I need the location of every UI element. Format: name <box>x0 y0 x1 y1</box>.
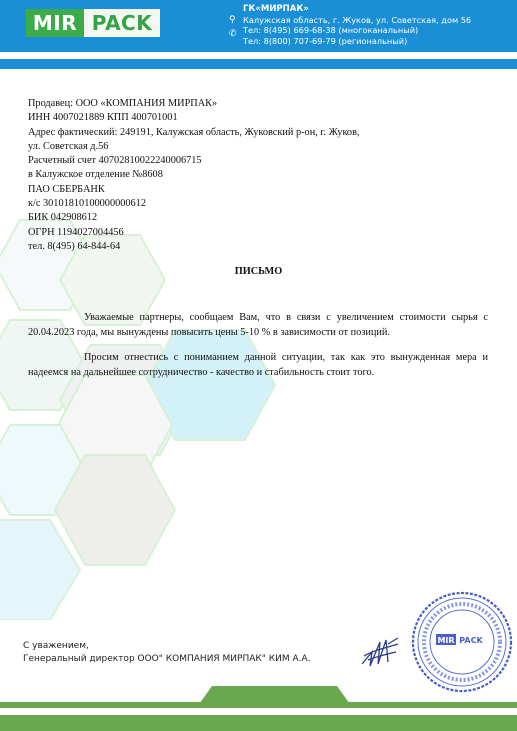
hexagon-photo-watermark <box>0 200 300 620</box>
phone-2-text: Тел: 8(800) 707-69-79 (региональный) <box>243 36 407 46</box>
requisite-line: ПАО СБЕРБАНК <box>28 183 360 197</box>
header-divider <box>0 52 517 59</box>
location-pin-icon: ⚲ <box>229 15 236 26</box>
requisite-line: к/с 30101810100000000612 <box>28 197 360 211</box>
requisite-line: в Калужское отделение №8608 <box>28 168 360 182</box>
company-stamp: MIR PACK <box>410 590 514 694</box>
logo-mir: MIR <box>26 9 84 37</box>
requisite-line: ОГРН 1194027004456 <box>28 226 360 240</box>
address-text: Калужская область, г. Жуков, ул. Советск… <box>243 15 471 25</box>
handwritten-signature <box>358 634 402 670</box>
requisite-line: Адрес фактический: 249191, Калужская обл… <box>28 126 360 140</box>
seller-requisites: Продавец: ООО «КОМПАНИЯ МИРПАК» ИНН 4007… <box>28 97 360 254</box>
requisite-line: БИК 042908612 <box>28 211 360 225</box>
closing-text: С уважением, <box>23 640 311 653</box>
address-row: ⚲ Калужская область, г. Жуков, ул. Совет… <box>243 15 471 26</box>
mirpack-logo: MIR PACK <box>26 9 160 37</box>
phone-1-text: Тел: 8(495) 669-68-38 (многоканальный) <box>243 25 418 35</box>
requisite-line: ул. Советская д.56 <box>28 140 360 154</box>
letter-paragraph-1: Уважаемые партнеры, сообщаем Вам, что в … <box>28 310 488 340</box>
requisite-line: ИНН 4007021889 КПП 400701001 <box>28 111 360 125</box>
requisite-line: Продавец: ООО «КОМПАНИЯ МИРПАК» <box>28 97 360 111</box>
letter-paragraph-2: Просим отнестись с пониманием данной сит… <box>28 350 488 380</box>
company-contacts: ГК«МИРПАК» ⚲ Калужская область, г. Жуков… <box>243 4 471 46</box>
letterhead-header: MIR PACK ГК«МИРПАК» ⚲ Калужская область,… <box>0 0 517 52</box>
signer-text: Генеральный директор ООО" КОМПАНИЯ МИРПА… <box>23 653 311 666</box>
phone-row-1: ✆ Тел: 8(495) 669-68-38 (многоканальный) <box>243 25 471 36</box>
requisite-line: тел. 8(495) 64-844-64 <box>28 240 360 254</box>
requisite-line: Расчетный счет 40702810022240006715 <box>28 154 360 168</box>
stamp-logo-mir: MIR <box>437 636 454 645</box>
letterhead-footer <box>0 680 517 731</box>
logo-pack: PACK <box>84 9 160 37</box>
signature-block: С уважением, Генеральный директор ООО" К… <box>23 640 311 666</box>
group-name: ГК«МИРПАК» <box>243 4 471 15</box>
header-stripe <box>0 59 517 69</box>
letter-title: ПИСЬМО <box>0 266 517 277</box>
stamp-logo-pack: PACK <box>459 636 483 645</box>
phone-row-2: Тел: 8(800) 707-69-79 (региональный) <box>243 36 471 47</box>
phone-icon: ✆ <box>229 29 237 40</box>
